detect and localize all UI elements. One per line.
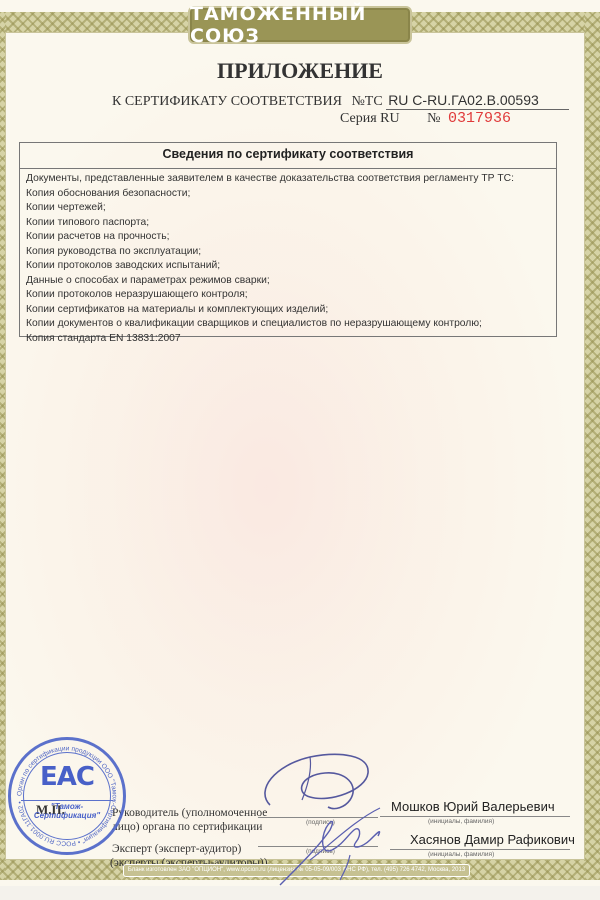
table-row: Копия стандарта EN 13831:2007 [26,332,556,347]
head-label-line2: лицо) органа по сертификации [112,820,262,834]
table-row: Данные о способах и параметрах режимов с… [26,274,556,289]
certificate-reference: К СЕРТИФИКАТУ СООТВЕТСТВИЯ №ТС RU C-RU.Г… [112,92,569,110]
table-row: Копии сертификатов на материалы и компле… [26,303,556,318]
ornamental-border-right [585,12,600,880]
table-row: Копии чертежей; [26,201,556,216]
certificate-details-table: Сведения по сертификату соответствия Док… [19,142,557,337]
official-stamp: Орган по сертификации продукции ООО "Там… [8,737,126,855]
series-label: Серия [340,111,377,126]
table-body: Документы, представленные заявителем в к… [20,169,556,346]
form-number: 0317936 [448,110,511,127]
head-name: Мошков Юрий Валерьевич [391,799,555,814]
expert-signature-line [258,846,378,847]
head-signature-line [258,817,378,818]
expert-name: Хасянов Дамир Рафикович [410,832,575,847]
table-row: Копия руководства по эксплуатации; [26,245,556,260]
table-heading: Сведения по сертификату соответствия [20,143,556,169]
table-row: Копии документов о квалификации сварщико… [26,317,556,332]
table-row: Копии типового паспорта; [26,216,556,231]
printer-note: Бланк изготовлен ЗАО "ОПЦИОН", www.opcio… [123,864,470,877]
certificate-sheet: ТАМОЖЕННЫЙ СОЮЗ ПРИЛОЖЕНИЕ К СЕРТИФИКАТУ… [0,0,600,886]
certificate-number: RU C-RU.ГА02.В.00593 [386,92,569,110]
head-label-line1: Руководитель (уполномоченное [112,806,267,820]
table-row: Документы, представленные заявителем в к… [26,172,556,187]
stamp-org-name: "Тамож-Сертификация" [21,800,113,820]
page-title: ПРИЛОЖЕНИЕ [0,58,600,84]
head-name-line [380,816,570,817]
table-row: Копии протоколов заводских испытаний; [26,259,556,274]
expert-name-line [390,849,570,850]
table-row: Копии протоколов неразрушающего контроля… [26,288,556,303]
customs-union-badge: ТАМОЖЕННЫЙ СОЮЗ [188,6,412,44]
expert-name-caption: (инициалы, фамилия) [428,851,494,858]
certificate-prefix: К СЕРТИФИКАТУ СООТВЕТСТВИЯ [112,94,342,109]
expert-signature-caption: (подпись) [306,848,335,855]
form-no-label: № [427,111,440,126]
table-row: Копии расчетов на прочность; [26,230,556,245]
head-signature-caption: (подпись) [306,819,335,826]
head-name-caption: (инициалы, фамилия) [428,818,494,825]
certificate-no-label: №ТС [351,94,382,109]
series-value: RU [380,111,399,126]
series-line: Серия RU № 0317936 [340,110,511,127]
expert-label-line1: Эксперт (эксперт-аудитор) [112,842,241,856]
eac-logo-icon: EAC [11,762,123,792]
table-row: Копия обоснования безопасности; [26,187,556,202]
